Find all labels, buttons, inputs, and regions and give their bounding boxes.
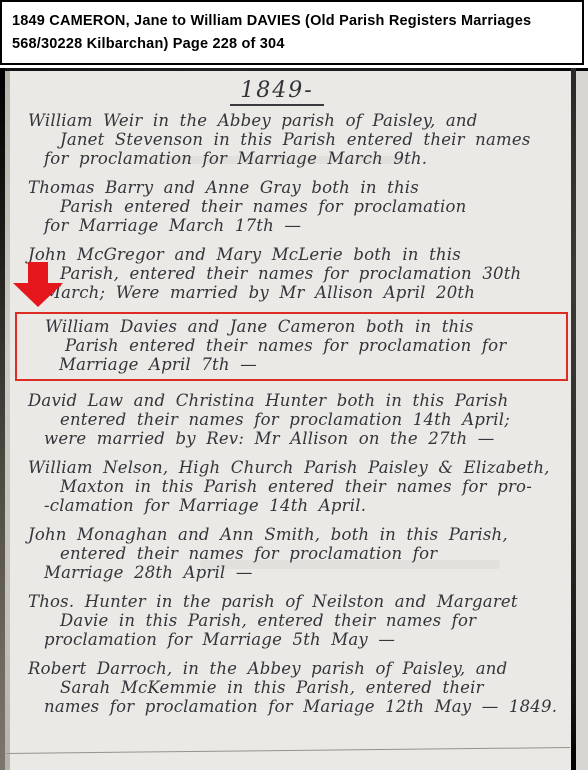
entry-line: Davie in this Parish, entered their name… [60, 611, 570, 630]
year-heading: 1849- [14, 79, 540, 103]
entry-line: Thos. Hunter in the parish of Neilston a… [28, 592, 570, 611]
entry-line: William Weir in the Abbey parish of Pais… [28, 111, 570, 130]
caption-line2: 568/30228 Kilbarchan) Page 228 of 304 [12, 33, 570, 56]
entry-line: for Marriage March 17th — [44, 216, 570, 235]
entry-line: David Law and Christina Hunter both in t… [28, 391, 570, 410]
register-scan-image: 1849- William Weir in the Abbey parish o… [0, 68, 588, 770]
entry-line: Maxton in this Parish entered their name… [60, 477, 570, 496]
entry-line: William Nelson, High Church Parish Paisl… [28, 458, 570, 477]
entry-line: John McGregor and Mary McLerie both in t… [28, 245, 570, 264]
entry-line: proclamation for Marriage 5th May — [44, 630, 570, 649]
entry-line: were married by Rev: Mr Allison on the 2… [44, 429, 570, 448]
red-arrow-icon [13, 262, 65, 308]
register-entry: David Law and Christina Hunter both in t… [14, 391, 570, 448]
entry-line: March; Were married by Mr Allison April … [44, 283, 570, 302]
highlighted-entry: William Davies and Jane Cameron both in … [15, 312, 568, 381]
register-entry: William Weir in the Abbey parish of Pais… [14, 111, 570, 168]
entries-list: William Weir in the Abbey parish of Pais… [14, 111, 570, 716]
register-entry: John Monaghan and Ann Smith, both in thi… [14, 525, 570, 582]
register-text: 1849- William Weir in the Abbey parish o… [14, 77, 570, 726]
entry-line: Marriage April 7th — [59, 355, 562, 374]
entry-line: entered their names for proclamation for [60, 544, 570, 563]
entry-line: Janet Stevenson in this Parish entered t… [60, 130, 570, 149]
header-caption: 1849 CAMERON, Jane to William DAVIES (Ol… [0, 0, 584, 65]
red-arrow-shaft [28, 262, 48, 283]
entry-line: for proclamation for Marriage March 9th. [44, 149, 570, 168]
page: 1849 CAMERON, Jane to William DAVIES (Ol… [0, 0, 588, 770]
entry-line: Parish entered their names for proclamat… [65, 336, 562, 355]
register-entry: John McGregor and Mary McLerie both in t… [14, 245, 570, 302]
entry-line: Sarah McKemmie in this Parish, entered t… [60, 678, 570, 697]
scan-top-edge [0, 68, 588, 71]
entry-line: Robert Darroch, in the Abbey parish of P… [28, 659, 570, 678]
entry-line: Parish, entered their names for proclama… [60, 264, 570, 283]
register-entry: Thos. Hunter in the parish of Neilston a… [14, 592, 570, 649]
scan-left-page-edge [5, 71, 10, 770]
entry-line: entered their names for proclamation 14t… [60, 410, 570, 429]
entry-line: Thomas Barry and Anne Gray both in this [28, 178, 570, 197]
caption-line1: 1849 CAMERON, Jane to William DAVIES (Ol… [12, 10, 570, 33]
entry-line: Marriage 28th April — [44, 563, 570, 582]
scan-right-margin [576, 71, 588, 770]
entry-line: names for proclamation for Mariage 12th … [44, 697, 570, 716]
entry-line: -clamation for Marriage 14th April. [44, 496, 570, 515]
red-arrow-head [13, 283, 63, 307]
entry-line: William Davies and Jane Cameron both in … [45, 317, 562, 336]
entry-line: John Monaghan and Ann Smith, both in thi… [28, 525, 570, 544]
register-entry: Robert Darroch, in the Abbey parish of P… [14, 659, 570, 716]
register-entry: Thomas Barry and Anne Gray both in thisP… [14, 178, 570, 235]
year-heading-text: 1849- [230, 78, 323, 106]
register-entry: William Nelson, High Church Parish Paisl… [14, 458, 570, 515]
entry-line: Parish entered their names for proclamat… [60, 197, 570, 216]
bottom-ruled-line [6, 747, 570, 754]
